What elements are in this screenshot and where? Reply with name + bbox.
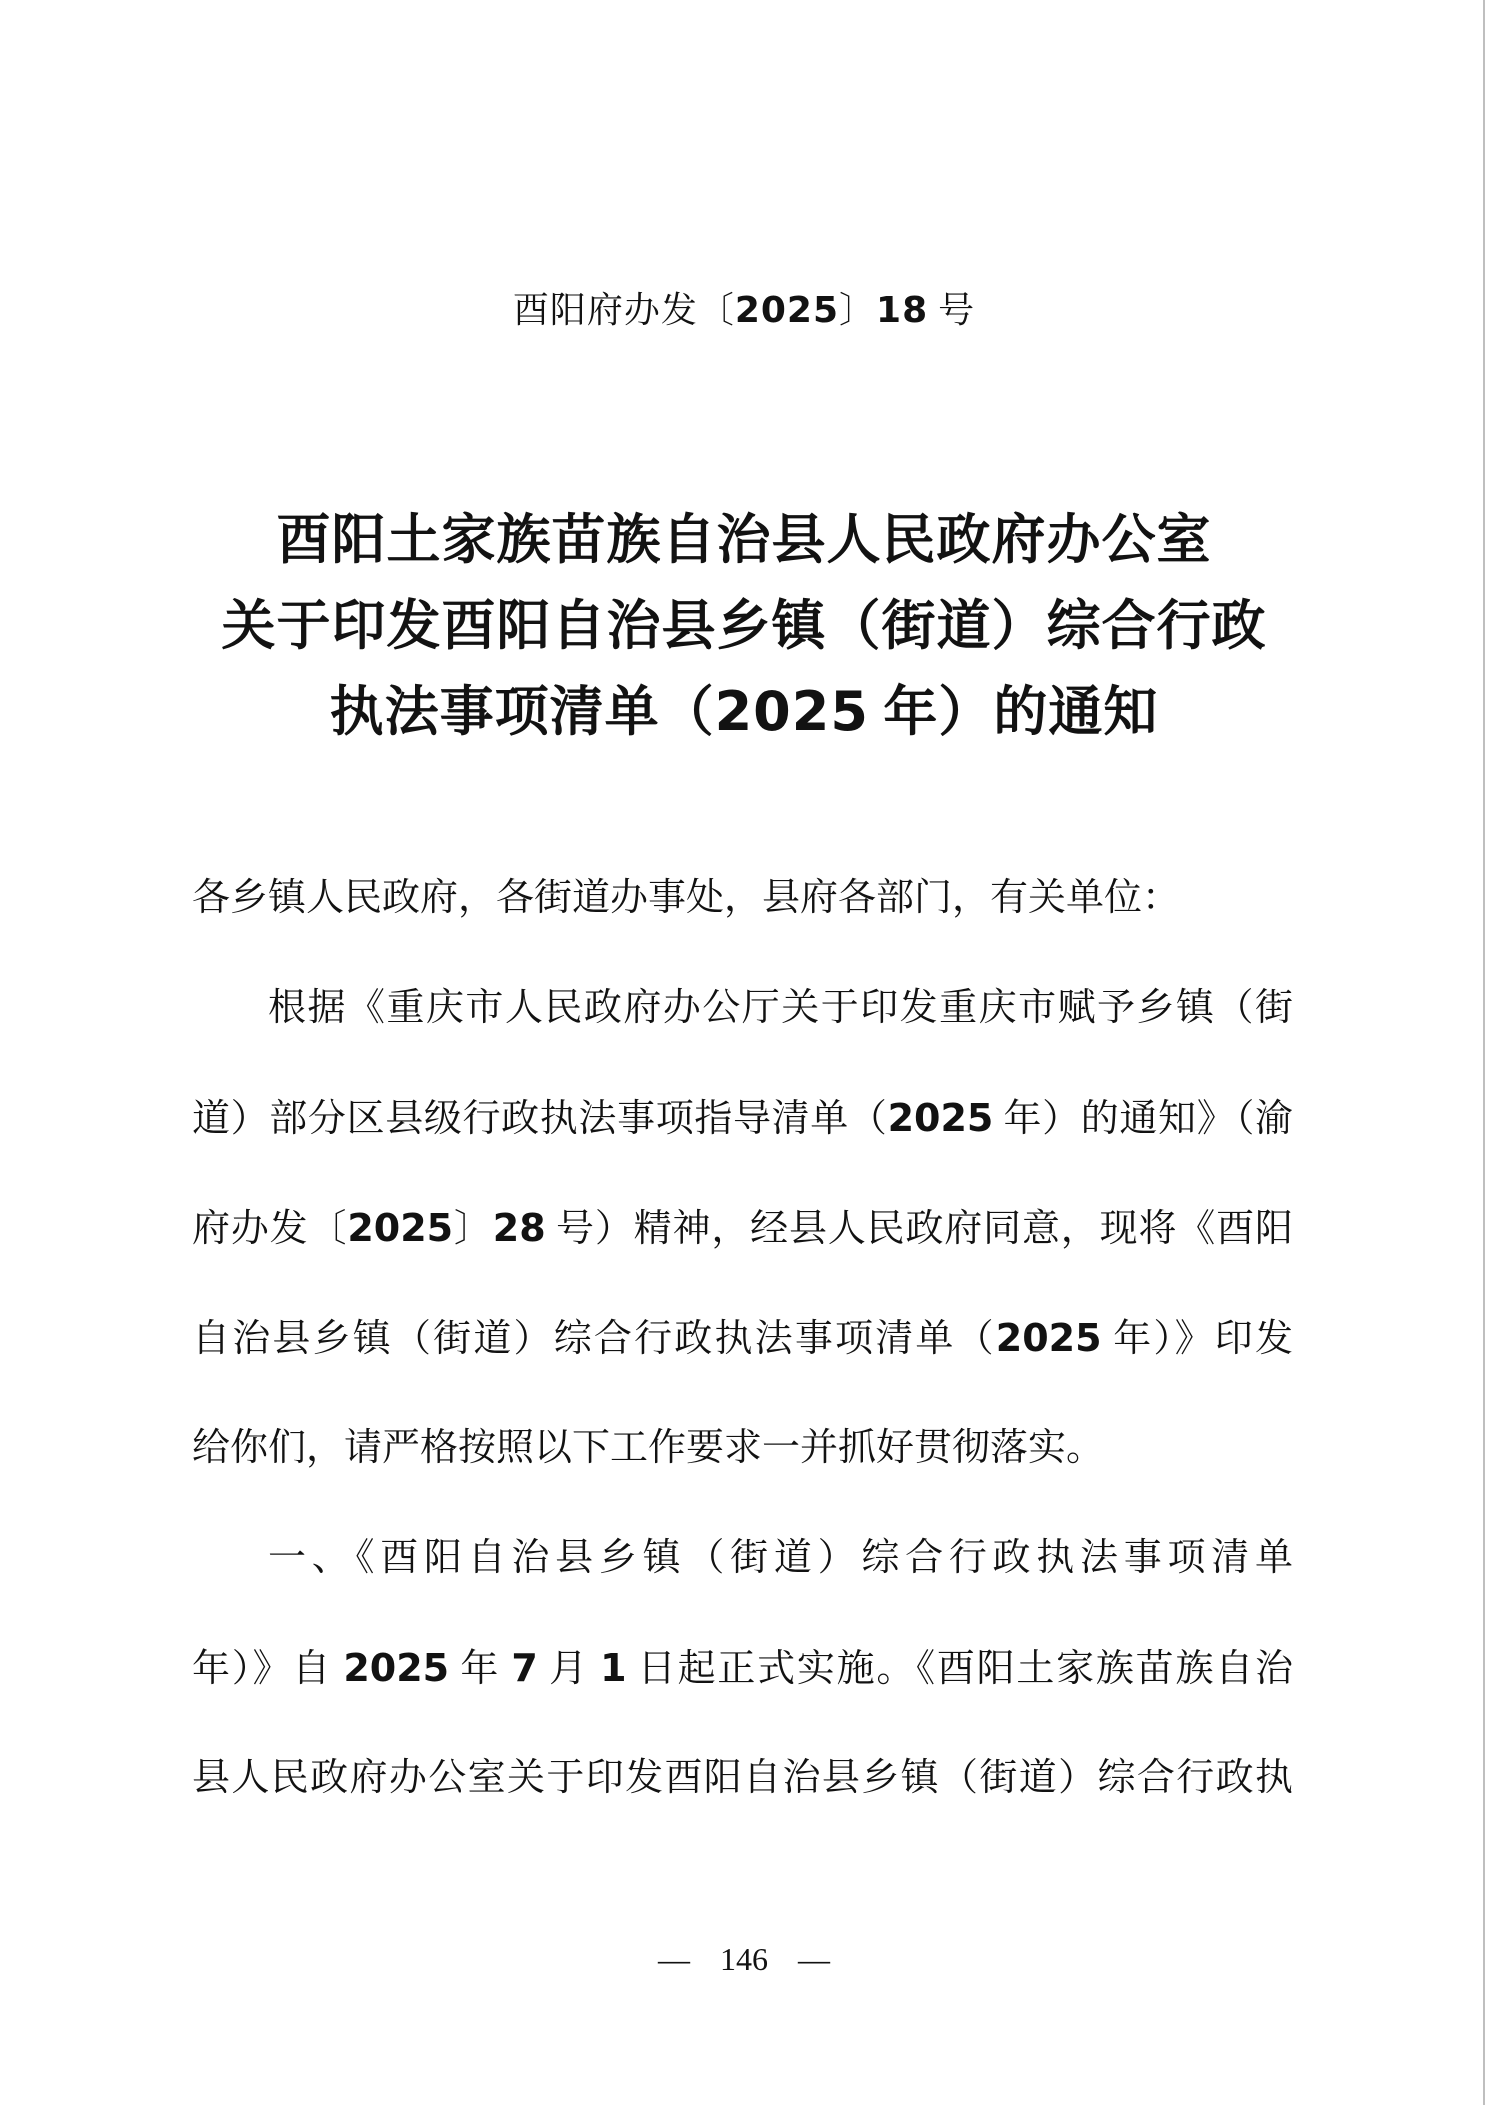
document-page: 酉阳府办发〔2025〕18 号 酉阳土家族苗族自治县人民政府办公室 关于印发酉阳… — [0, 0, 1488, 2105]
page-number: 146 — [720, 1943, 768, 1975]
body-line: 府办发〔2025〕28 号）精神，经县人民政府同意，现将《酉阳 — [192, 1173, 1293, 1283]
page-number-dash-right: — — [798, 1943, 830, 1975]
body-line: 根据《重庆市人民政府办公厅关于印发重庆市赋予乡镇（街 — [192, 953, 1293, 1063]
title-line-3: 执法事项清单（2025 年）的通知 — [0, 669, 1488, 755]
body-line: 县人民政府办公室关于印发酉阳自治县乡镇（街道）综合行政执 — [192, 1723, 1293, 1833]
body-line: 自治县乡镇（街道）综合行政执法事项清单（2025 年）》印发 — [192, 1283, 1293, 1393]
body-line: 年）》自 2025 年 7 月 1 日起正式实施。《酉阳土家族苗族自治 — [192, 1613, 1293, 1723]
title-line-1: 酉阳土家族苗族自治县人民政府办公室 — [0, 497, 1488, 583]
salutation-line: 各乡镇人民政府，各街道办事处，县府各部门，有关单位： — [192, 843, 1293, 953]
body-line: 给你们，请严格按照以下工作要求一并抓好贯彻落实。 — [192, 1393, 1293, 1503]
document-body: 各乡镇人民政府，各街道办事处，县府各部门，有关单位： 根据《重庆市人民政府办公厅… — [192, 843, 1293, 1833]
page-footer: — 146 — — [0, 1943, 1488, 1975]
page-number-dash-left: — — [658, 1943, 690, 1975]
document-number: 酉阳府办发〔2025〕18 号 — [0, 288, 1488, 333]
body-line: 道）部分区县级行政执法事项指导清单（2025 年）的通知》（渝 — [192, 1063, 1293, 1173]
document-title: 酉阳土家族苗族自治县人民政府办公室 关于印发酉阳自治县乡镇（街道）综合行政 执法… — [0, 497, 1488, 755]
title-line-2: 关于印发酉阳自治县乡镇（街道）综合行政 — [0, 583, 1488, 669]
body-line: 一、《酉阳自治县乡镇（街道）综合行政执法事项清单（2025 — [192, 1503, 1293, 1613]
